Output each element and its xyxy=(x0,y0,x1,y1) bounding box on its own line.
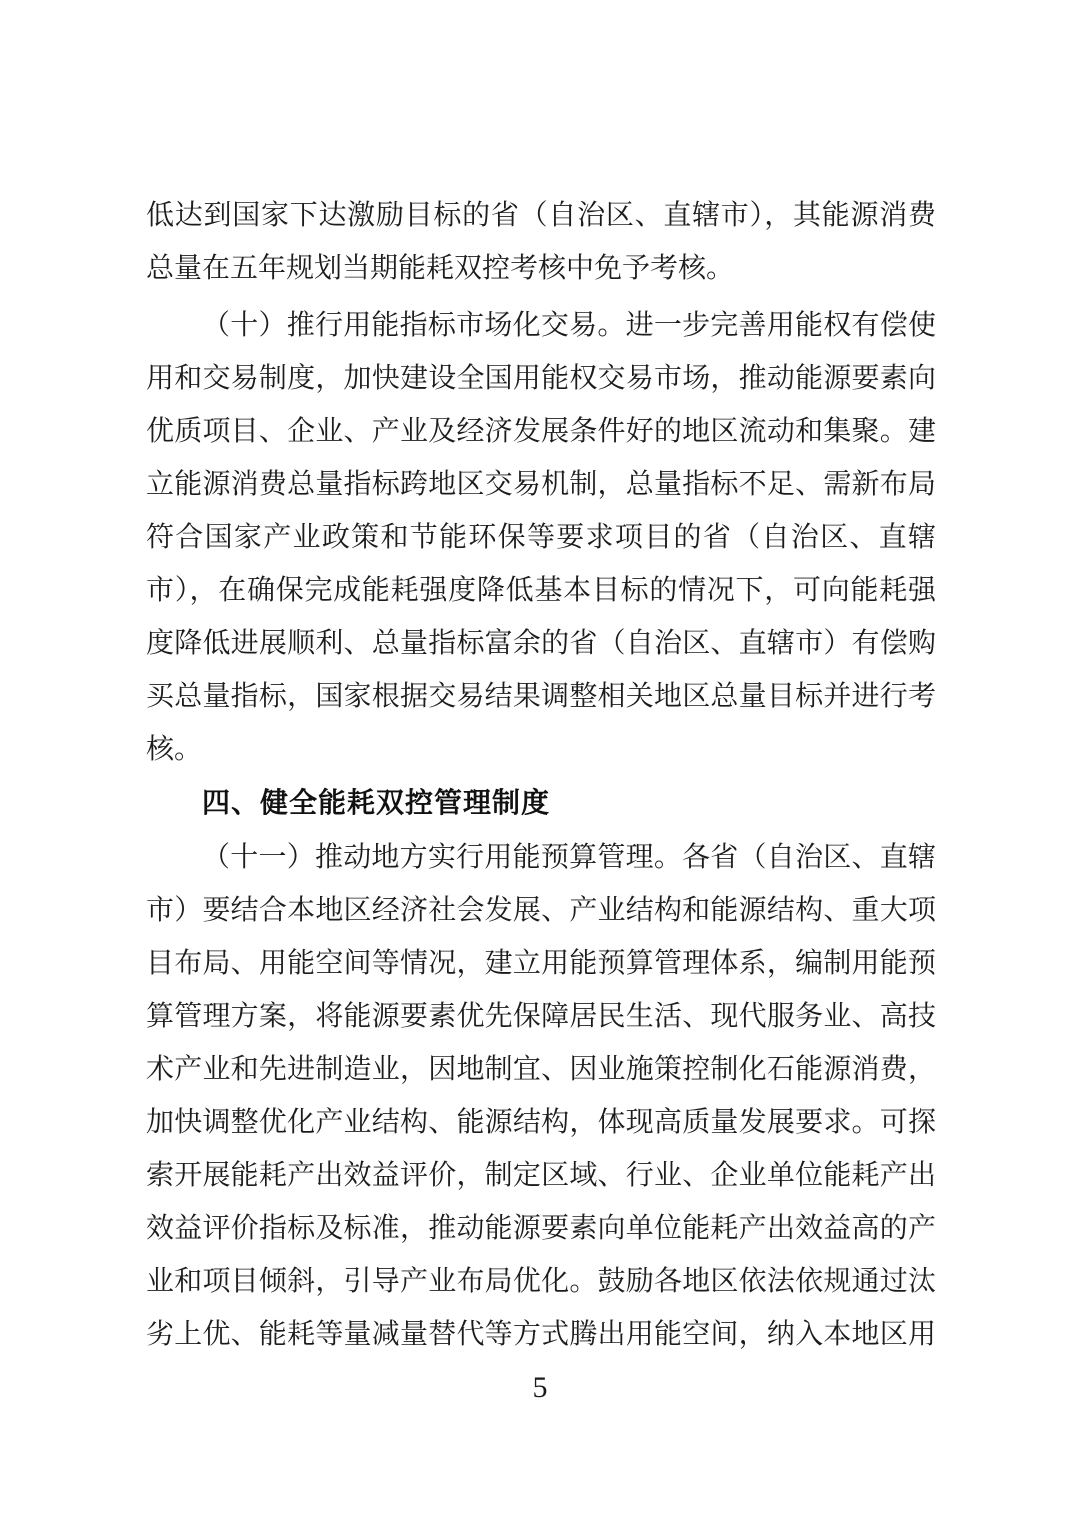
body-line: 目布局、用能空间等情况，建立用能预算管理体系，编制用能预 xyxy=(146,943,936,983)
body-line: 买总量指标，国家根据交易结果调整相关地区总量目标并进行考 xyxy=(146,676,936,716)
body-line: 度降低进展顺利、总量指标富余的省（自治区、直辖市）有偿购 xyxy=(146,623,936,663)
section-11-title-line: （十一）推动地方实行用能预算管理。各省（自治区、直辖 xyxy=(202,837,936,877)
body-line: 业和项目倾斜，引导产业布局优化。鼓励各地区依法依规通过汰 xyxy=(146,1261,936,1301)
body-line: 市）要结合本地区经济社会发展、产业结构和能源结构、重大项 xyxy=(146,890,936,930)
body-line: 优质项目、企业、产业及经济发展条件好的地区流动和集聚。建 xyxy=(146,411,936,451)
section-10-title-line: （十）推行用能指标市场化交易。进一步完善用能权有偿使 xyxy=(202,305,936,345)
body-line: 用和交易制度，加快建设全国用能权交易市场，推动能源要素向 xyxy=(146,358,936,398)
body-line: 算管理方案，将能源要素优先保障居民生活、现代服务业、高技 xyxy=(146,996,936,1036)
body-line: 劣上优、能耗等量减量替代等方式腾出用能空间，纳入本地区用 xyxy=(146,1314,936,1354)
section-heading: 四、健全能耗双控管理制度 xyxy=(202,783,550,823)
body-line: 低达到国家下达激励目标的省（自治区、直辖市），其能源消费 xyxy=(146,195,936,235)
body-line: 符合国家产业政策和节能环保等要求项目的省（自治区、直辖 xyxy=(146,517,936,557)
body-line: 索开展能耗产出效益评价，制定区域、行业、企业单位能耗产出 xyxy=(146,1155,936,1195)
document-page: 低达到国家下达激励目标的省（自治区、直辖市），其能源消费 总量在五年规划当期能耗… xyxy=(0,0,1080,1527)
page-number: 5 xyxy=(0,1368,1080,1408)
body-line: 市），在确保完成能耗强度降低基本目标的情况下，可向能耗强 xyxy=(146,570,936,610)
body-line: 核。 xyxy=(146,729,936,769)
body-line: 立能源消费总量指标跨地区交易机制，总量指标不足、需新布局 xyxy=(146,464,936,504)
body-line: 加快调整优化产业结构、能源结构，体现高质量发展要求。可探 xyxy=(146,1102,936,1142)
body-line: 总量在五年规划当期能耗双控考核中免予考核。 xyxy=(146,248,936,288)
body-line: 效益评价指标及标准，推动能源要素向单位能耗产出效益高的产 xyxy=(146,1208,936,1248)
body-line: 术产业和先进制造业，因地制宜、因业施策控制化石能源消费， xyxy=(146,1049,936,1089)
